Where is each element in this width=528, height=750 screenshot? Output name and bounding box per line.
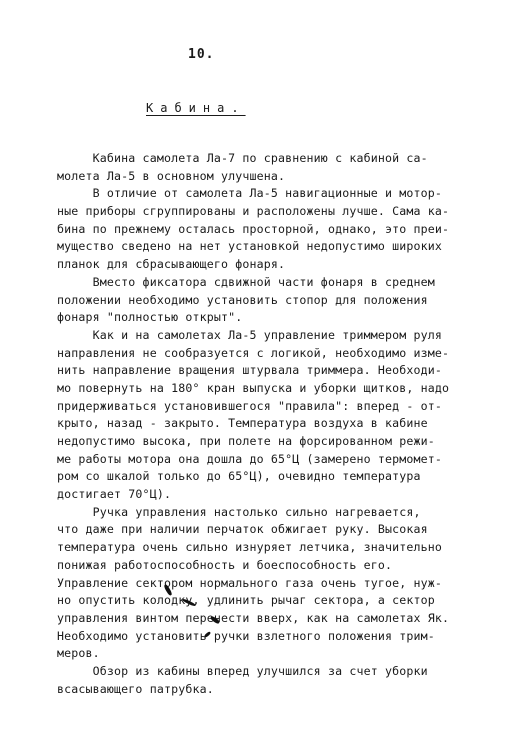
text-line: молета Ла-5 в основном улучшена. — [57, 168, 497, 186]
text-line: меров. — [57, 645, 497, 663]
text-line: мущество сведено на нет установкой недоп… — [57, 238, 497, 256]
text-line: ром со шкалой только до 65°Ц), очевидно … — [57, 468, 497, 486]
text-line: Управление сектором нормального газа оче… — [57, 575, 497, 593]
text-line: Вместо фиксатора сдвижной части фонаря в… — [57, 274, 497, 292]
text-line: достигает 70°Ц). — [57, 486, 497, 504]
text-line: Необходимо установить ручки взлетного по… — [57, 628, 497, 646]
text-line: Как и на самолетах Ла-5 управление тримм… — [57, 327, 497, 345]
page-number: 10. — [188, 47, 214, 62]
text-line: направления не сообразуется с логикой, н… — [57, 345, 497, 363]
text-line: но опустить колодку, удлинить рычаг сект… — [57, 592, 497, 610]
text-line: бина по прежнему осталась просторной, од… — [57, 221, 497, 239]
section-title: Кабина. — [146, 101, 246, 115]
text-line: что даже при наличии перчаток обжигает р… — [57, 521, 497, 539]
text-line: крыто, назад - закрыто. Температура возд… — [57, 415, 497, 433]
text-line: ные приборы сгруппированы и расположены … — [57, 203, 497, 221]
text-line: фонаря "полностью открыт". — [57, 309, 497, 327]
text-line: положении необходимо установить стопор д… — [57, 292, 497, 310]
text-line: понижая работоспособность и боеспособнос… — [57, 557, 497, 575]
text-line: температура очень сильно изнуряет летчик… — [57, 539, 497, 557]
text-line: В отличие от самолета Ла-5 навигационные… — [57, 185, 497, 203]
text-line: всасывающего патрубка. — [57, 681, 497, 699]
text-line: нить направление вращения штурвала тримм… — [57, 362, 497, 380]
text-line: планок для сбрасывающего фонаря. — [57, 256, 497, 274]
text-line: ме работы мотора она дошла до 65°Ц (заме… — [57, 451, 497, 469]
text-line: Обзор из кабины вперед улучшился за счет… — [57, 663, 497, 681]
text-line: управления винтом перенести вверх, как н… — [57, 610, 497, 628]
body-text: Кабина самолета Ла-7 по сравнению с каби… — [57, 150, 497, 698]
text-line: придерживаться установившегося "правила"… — [57, 398, 497, 416]
text-line: Кабина самолета Ла-7 по сравнению с каби… — [57, 150, 497, 168]
text-line: недопустимо высока, при полете на форсир… — [57, 433, 497, 451]
text-line: мо повернуть на 180° кран выпуска и убор… — [57, 380, 497, 398]
text-line: Ручка управления настолько сильно нагрев… — [57, 504, 497, 522]
